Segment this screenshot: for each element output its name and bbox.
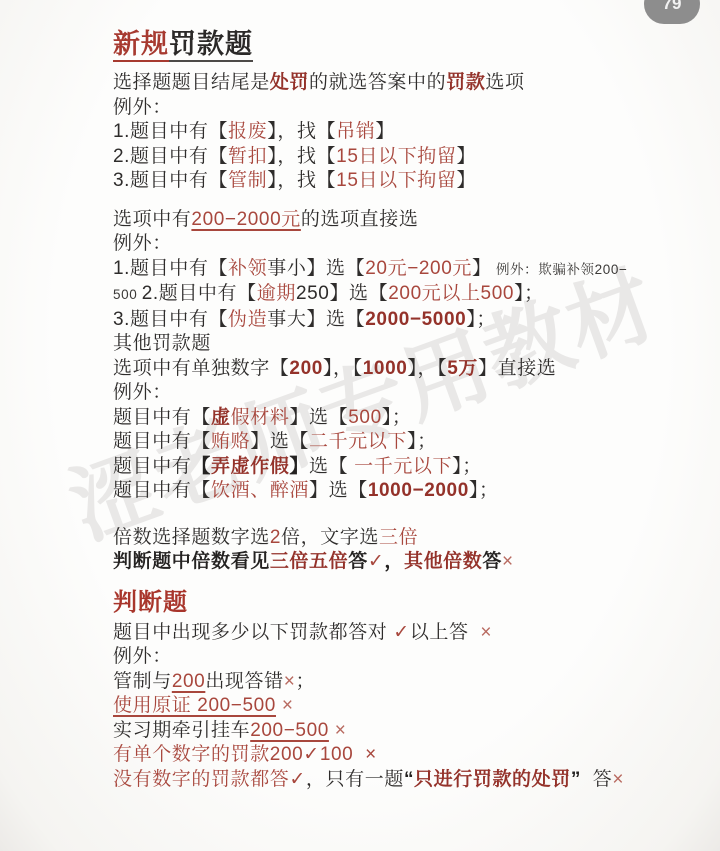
- text-run: 出现答错: [205, 671, 283, 692]
- text-run: 选择题题目结尾是: [113, 72, 270, 93]
- text-run: 其他罚款题: [113, 333, 211, 354]
- text-line: 判断题中倍数看见三倍五倍答✓，其他倍数答×: [113, 550, 673, 575]
- text-run: 选项中有: [113, 209, 191, 230]
- text-run: 以上答: [410, 622, 475, 643]
- text-run: 答: [348, 551, 368, 572]
- text-run: 选【: [309, 456, 354, 477]
- text-run: 贿赂: [211, 431, 250, 452]
- text-run: 没有数字的罚款都答✓: [113, 769, 306, 790]
- text-line: 题目中有【贿赂】选【二千元以下】；: [113, 430, 673, 455]
- text-run: 200−500: [250, 720, 329, 741]
- text-line: 没有数字的罚款都答✓，只有一题“只进行罚款的处罚” 答×: [113, 768, 673, 793]
- text-run: 题目中出现多少以下罚款都答对: [113, 622, 393, 643]
- text-run: ×: [329, 720, 347, 741]
- text-run: 】选【: [309, 480, 368, 501]
- text-run: 倍，文字选: [281, 527, 379, 548]
- text-run: 200: [289, 358, 323, 379]
- text-run: 例外：: [113, 646, 172, 667]
- text-run: 200−2000元: [191, 209, 300, 230]
- text-run: 罚款: [446, 72, 485, 93]
- text-line: 有单个数字的罚款200✓100 ×: [113, 743, 673, 768]
- text-run: 使用原证 200−500: [113, 695, 276, 716]
- text-line: 1.题目中有【补领事小】选【20元−200元】 例外：欺骗补领200−: [113, 257, 673, 283]
- text-run: 有单个数字的罚款200✓100 ×: [113, 744, 377, 765]
- text-run: 500: [348, 407, 382, 428]
- text-run: ×: [612, 769, 624, 790]
- text-run: 】，【: [407, 358, 447, 379]
- text-line: 例外：: [113, 96, 673, 121]
- text-run: 的就选答案中的: [309, 72, 446, 93]
- text-run: 题目中有【: [113, 480, 211, 501]
- text-run: ×: [475, 622, 493, 643]
- text-line: 500 2.题目中有【逾期250】选【200元以上500】；: [113, 282, 673, 308]
- page-number: 79: [663, 0, 682, 14]
- text-run: 倍数选择题数字选: [113, 527, 270, 548]
- text-run: 1.题目中有【: [113, 121, 228, 142]
- text-run: 250】选【: [296, 283, 388, 304]
- spacer: [113, 504, 673, 526]
- text-line: 选项中有200−2000元的选项直接选: [113, 208, 673, 233]
- text-run: 选项中有单独数字【: [113, 358, 289, 379]
- text-line: 题目中有【饮酒、醉酒】选【1000−2000】；: [113, 479, 673, 504]
- text-run: ✓: [393, 622, 410, 643]
- text-run: 例外：: [113, 382, 172, 403]
- text-line: 选择题题目结尾是处罚的就选答案中的罚款选项: [113, 71, 673, 96]
- text-run: 逾期: [257, 283, 296, 304]
- text-run: 】直接选: [478, 358, 556, 379]
- text-run: 只进行罚款的处罚: [414, 769, 571, 790]
- text-run: 3.题目中有【: [113, 309, 228, 330]
- text-run: 吊销: [336, 121, 375, 142]
- text-line: 例外：: [113, 232, 673, 257]
- text-run: 虚: [211, 407, 231, 428]
- text-run: 一千元以下: [354, 456, 452, 477]
- text-run: 15日以下拘留: [336, 146, 456, 167]
- text-run: 200元以上500: [388, 283, 514, 304]
- text-run: 3.题目中有【: [113, 170, 228, 191]
- text-line: 题目中有【弄虚作假】选【 一千元以下】；: [113, 455, 673, 480]
- text-run: 伪造: [228, 309, 267, 330]
- page-number-badge: 79: [644, 0, 700, 24]
- text-run: 管制: [228, 170, 267, 191]
- page-title: 新规罚款题: [113, 26, 673, 62]
- text-run: 二千元以下: [309, 431, 407, 452]
- text-run: 】: [289, 456, 309, 477]
- text-run: 其他倍数: [404, 551, 482, 572]
- text-run: 500: [113, 287, 142, 302]
- text-line: 管制与200出现答错×；: [113, 670, 673, 695]
- text-run: 题目中有【: [113, 407, 211, 428]
- text-run: ✓: [368, 551, 385, 572]
- text-run: 】，找【: [267, 170, 336, 191]
- text-run: 】；: [469, 480, 499, 501]
- text-run: 】；: [382, 407, 412, 428]
- text-run: 弄虚作假: [211, 456, 289, 477]
- text-run: ，只有一题: [306, 769, 404, 790]
- text-run: 题目中有【: [113, 431, 211, 452]
- text-run: 1.题目中有【: [113, 258, 228, 279]
- text-run: 】，找【: [267, 146, 336, 167]
- text-line: 选项中有单独数字【200】，【1000】，【5万】直接选: [113, 357, 673, 382]
- text-run: 事小】选【: [267, 258, 365, 279]
- text-run: ×: [502, 551, 514, 572]
- text-line: 2.题目中有【暂扣】，找【15日以下拘留】: [113, 145, 673, 170]
- text-run: 新规: [113, 29, 169, 62]
- text-line: 使用原证 200−500 ×: [113, 694, 673, 719]
- text-run: 三倍: [379, 527, 418, 548]
- text-run: 200: [172, 671, 206, 692]
- text-run: 5万: [447, 358, 478, 379]
- text-run: 】；: [452, 456, 482, 477]
- text-line: 其他罚款题: [113, 332, 673, 357]
- text-run: 判断题: [113, 589, 188, 616]
- text-line: 1.题目中有【报废】，找【吊销】: [113, 120, 673, 145]
- text-line: 例外：: [113, 645, 673, 670]
- text-run: 选项: [485, 72, 524, 93]
- text-line: 实习期牵引挂车200−500 ×: [113, 719, 673, 744]
- text-run: 15日以下拘留: [336, 170, 456, 191]
- text-run: 】: [472, 258, 492, 279]
- text-run: 例外：: [113, 97, 172, 118]
- text-run: 】；: [466, 309, 496, 330]
- text-run: 的选项直接选: [301, 209, 419, 230]
- text-run: 1000: [363, 358, 408, 379]
- text-run: 【: [191, 456, 211, 477]
- text-run: 事大】选【: [267, 309, 365, 330]
- text-run: 报废: [228, 121, 267, 142]
- text-run: ”: [571, 769, 581, 790]
- text-line: 倍数选择题数字选2倍，文字选三倍: [113, 526, 673, 551]
- text-run: 例外：: [113, 233, 172, 254]
- text-run: 答: [482, 551, 502, 572]
- text-run: 答: [581, 769, 612, 790]
- text-line: 3.题目中有【管制】，找【15日以下拘留】: [113, 169, 673, 194]
- text-run: 例外：欺骗补领200−: [492, 262, 628, 277]
- text-run: 2: [270, 527, 281, 548]
- text-run: 罚款题: [169, 29, 253, 62]
- text-run: ×: [284, 671, 296, 692]
- text-run: 20元−200元: [365, 258, 472, 279]
- text-line: 3.题目中有【伪造事大】选【2000−5000】；: [113, 308, 673, 333]
- text-run: 实习期牵引挂车: [113, 720, 250, 741]
- text-run: 】: [457, 170, 477, 191]
- text-run: ×: [276, 695, 294, 716]
- text-run: 2000−5000: [365, 309, 466, 330]
- text-run: 】；: [514, 283, 544, 304]
- text-run: 处罚: [270, 72, 309, 93]
- text-run: 】；: [407, 431, 437, 452]
- text-run: 题目中有: [113, 456, 191, 477]
- text-run: 判断题中倍数看见: [113, 551, 270, 572]
- text-run: 】，【: [323, 358, 363, 379]
- text-run: 】选【: [289, 407, 348, 428]
- text-run: ，: [384, 551, 404, 572]
- text-run: 管制与: [113, 671, 172, 692]
- text-run: 】: [375, 121, 395, 142]
- text-line: 题目中出现多少以下罚款都答对 ✓以上答 ×: [113, 621, 673, 646]
- section-header-judgment: 判断题: [113, 586, 673, 619]
- document-body: 新规罚款题选择题题目结尾是处罚的就选答案中的罚款选项例外：1.题目中有【报废】，…: [113, 26, 673, 792]
- text-run: 2.题目中有【: [142, 283, 257, 304]
- text-line: 例外：: [113, 381, 673, 406]
- scanned-notes-page: 涩老师专用教材 新规罚款题选择题题目结尾是处罚的就选答案中的罚款选项例外：1.题…: [0, 0, 720, 851]
- text-line: 题目中有【虚假材料】选【500】；: [113, 406, 673, 431]
- spacer: [113, 194, 673, 208]
- text-run: 】，找【: [267, 121, 336, 142]
- text-run: “: [404, 769, 414, 790]
- text-run: 】选【: [250, 431, 309, 452]
- text-run: 1000−2000: [368, 480, 469, 501]
- text-run: 三倍五倍: [270, 551, 348, 572]
- text-run: 饮酒、醉酒: [211, 480, 309, 501]
- text-run: ；: [295, 671, 315, 692]
- text-run: 2.题目中有【: [113, 146, 228, 167]
- text-run: 假材料: [231, 407, 290, 428]
- text-run: 补领: [228, 258, 267, 279]
- text-run: 】: [457, 146, 477, 167]
- text-run: 暂扣: [228, 146, 267, 167]
